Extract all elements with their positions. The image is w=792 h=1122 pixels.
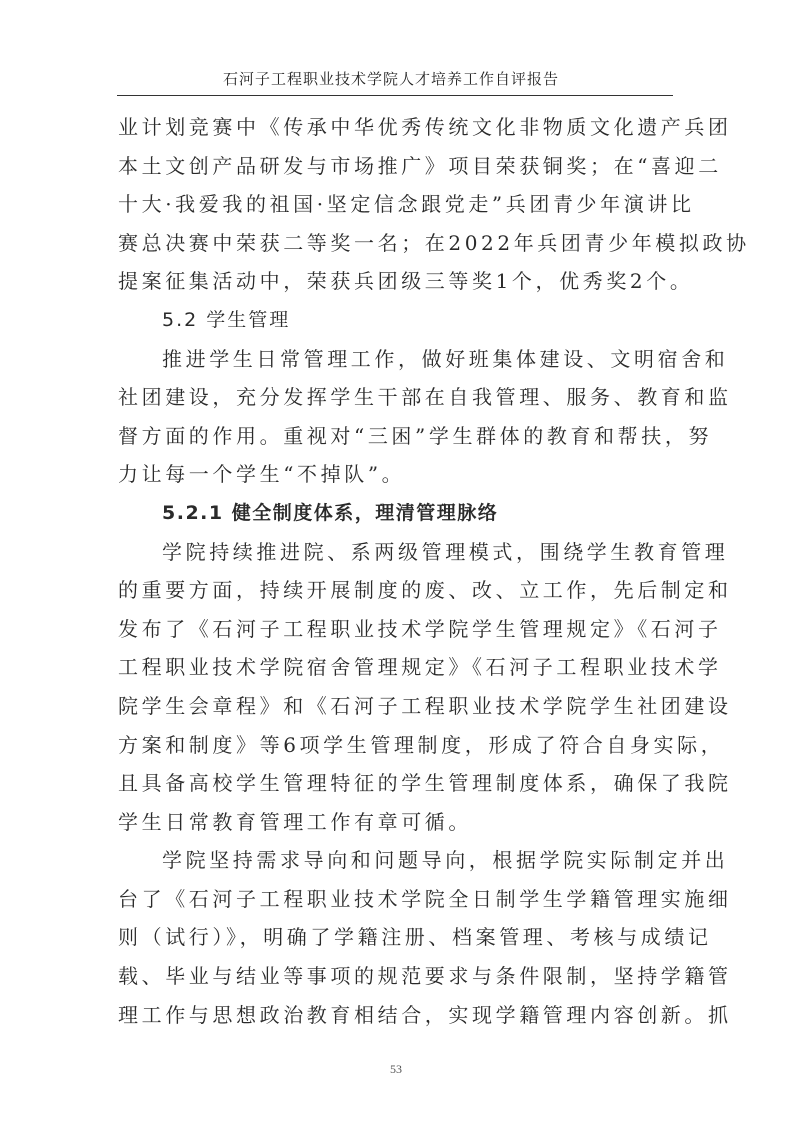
text-line: 社团建设，充分发挥学生干部在自我管理、服务、教育和监 <box>118 378 674 417</box>
text-line: 赛总决赛中荣获二等奖一名；在2022年兵团青少年模拟政协 <box>118 224 674 263</box>
text-line: 力让每一个学生“不掉队”。 <box>118 455 674 494</box>
text-line: 方案和制度》等6项学生管理制度，形成了符合自身实际， <box>118 726 674 765</box>
text-line: 理工作与思想政治教育相结合，实现学籍管理内容创新。抓 <box>118 996 674 1035</box>
text-line: 工程职业技术学院宿舍管理规定》《石河子工程职业技术学 <box>118 648 674 687</box>
text-line: 学院坚持需求导向和问题导向，根据学院实际制定并出 <box>118 841 674 880</box>
text-line: 督方面的作用。重视对“三困”学生群体的教育和帮扶，努 <box>118 417 674 456</box>
text-line: 的重要方面，持续开展制度的废、改、立工作，先后制定和 <box>118 571 674 610</box>
running-header: 石河子工程职业技术学院人才培养工作自评报告 <box>112 68 670 89</box>
header-divider <box>117 95 673 96</box>
page-number: 53 <box>0 1062 792 1077</box>
page-body: 业计划竞赛中《传承中华优秀传统文化非物质文化遗产兵团 本土文创产品研发与市场推广… <box>118 108 674 1034</box>
text-line: 提案征集活动中，荣获兵团级三等奖1个，优秀奖2个。 <box>118 262 674 301</box>
section-heading-5-2-1: 5.2.1 健全制度体系，理清管理脉络 <box>118 494 674 533</box>
text-line: 学生日常教育管理工作有章可循。 <box>118 803 674 842</box>
text-line: 则（试行）》，明确了学籍注册、档案管理、考核与成绩记 <box>118 918 674 957</box>
text-line: 业计划竞赛中《传承中华优秀传统文化非物质文化遗产兵团 <box>118 108 674 147</box>
text-line: 学院持续推进院、系两级管理模式，围绕学生教育管理 <box>118 533 674 572</box>
text-line: 本土文创产品研发与市场推广》项目荣获铜奖；在“喜迎二 <box>118 147 674 186</box>
section-heading-5-2: 5.2 学生管理 <box>118 301 674 340</box>
text-line: 发布了《石河子工程职业技术学院学生管理规定》《石河子 <box>118 610 674 649</box>
text-line: 载、毕业与结业等事项的规范要求与条件限制，坚持学籍管 <box>118 957 674 996</box>
text-line: 推进学生日常管理工作，做好班集体建设、文明宿舍和 <box>118 340 674 379</box>
text-line: 且具备高校学生管理特征的学生管理制度体系，确保了我院 <box>118 764 674 803</box>
text-line: 十大·我爱我的祖国·坚定信念跟党走”兵团青少年演讲比 <box>118 185 674 224</box>
text-line: 台了《石河子工程职业技术学院全日制学生学籍管理实施细 <box>118 880 674 919</box>
text-line: 院学生会章程》和《石河子工程职业技术学院学生社团建设 <box>118 687 674 726</box>
